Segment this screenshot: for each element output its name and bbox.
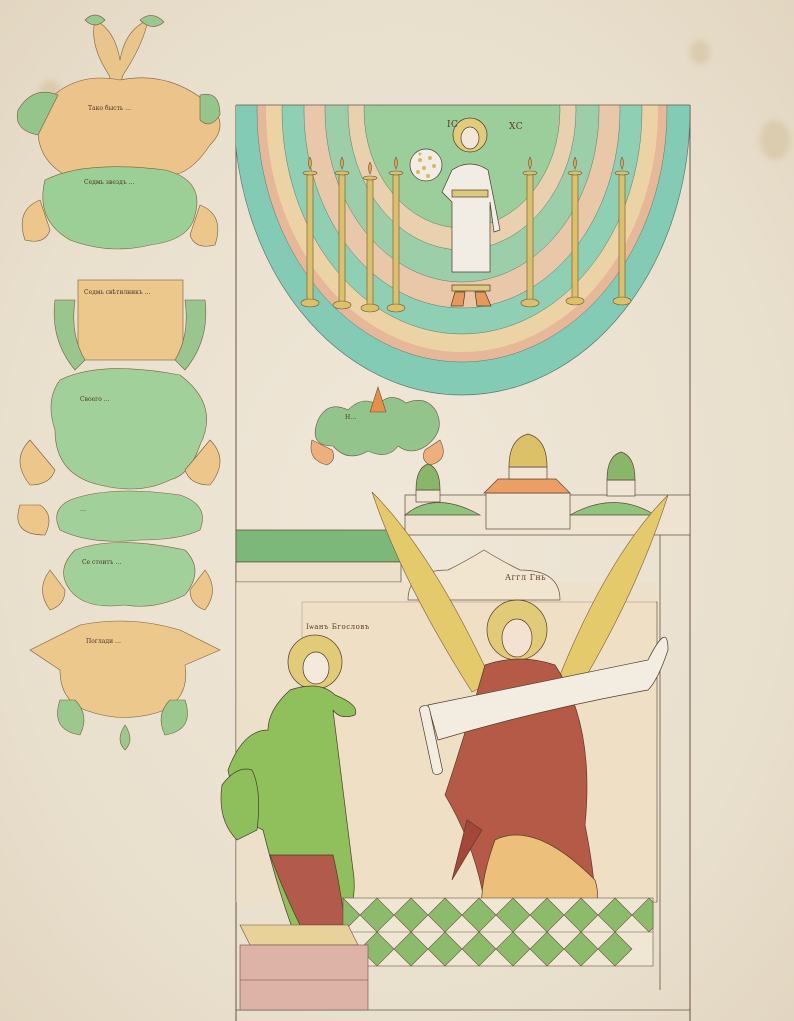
cartouche-text-3: Седмь свѣтилникъ … (84, 288, 179, 348)
banner-cartouche (311, 387, 443, 465)
cartouche-text-6: Се стоитъ … (82, 558, 182, 603)
label-angel: Аггл Гнь (505, 573, 546, 582)
cartouche-text-2: Седмь звездъ … (84, 178, 184, 238)
cartouche-text-7: Поглади … (86, 637, 186, 697)
manuscript-page: IC XC Аггл Гнь Іѡанъ Бгословъ Н… Тако бы… (0, 0, 794, 1021)
banner-text: Н… (345, 414, 357, 421)
label-xc: XC (509, 122, 523, 132)
label-john: Іѡанъ Бгословъ (306, 623, 370, 631)
checkered-floor (343, 898, 653, 966)
label-ic: IC (447, 120, 458, 130)
cartouche-text-5: … (80, 505, 180, 535)
cartouche-text-4: Своего … (80, 395, 180, 475)
cartouche-text-1: Тако бысть … (88, 104, 188, 148)
plinth (240, 925, 368, 1010)
